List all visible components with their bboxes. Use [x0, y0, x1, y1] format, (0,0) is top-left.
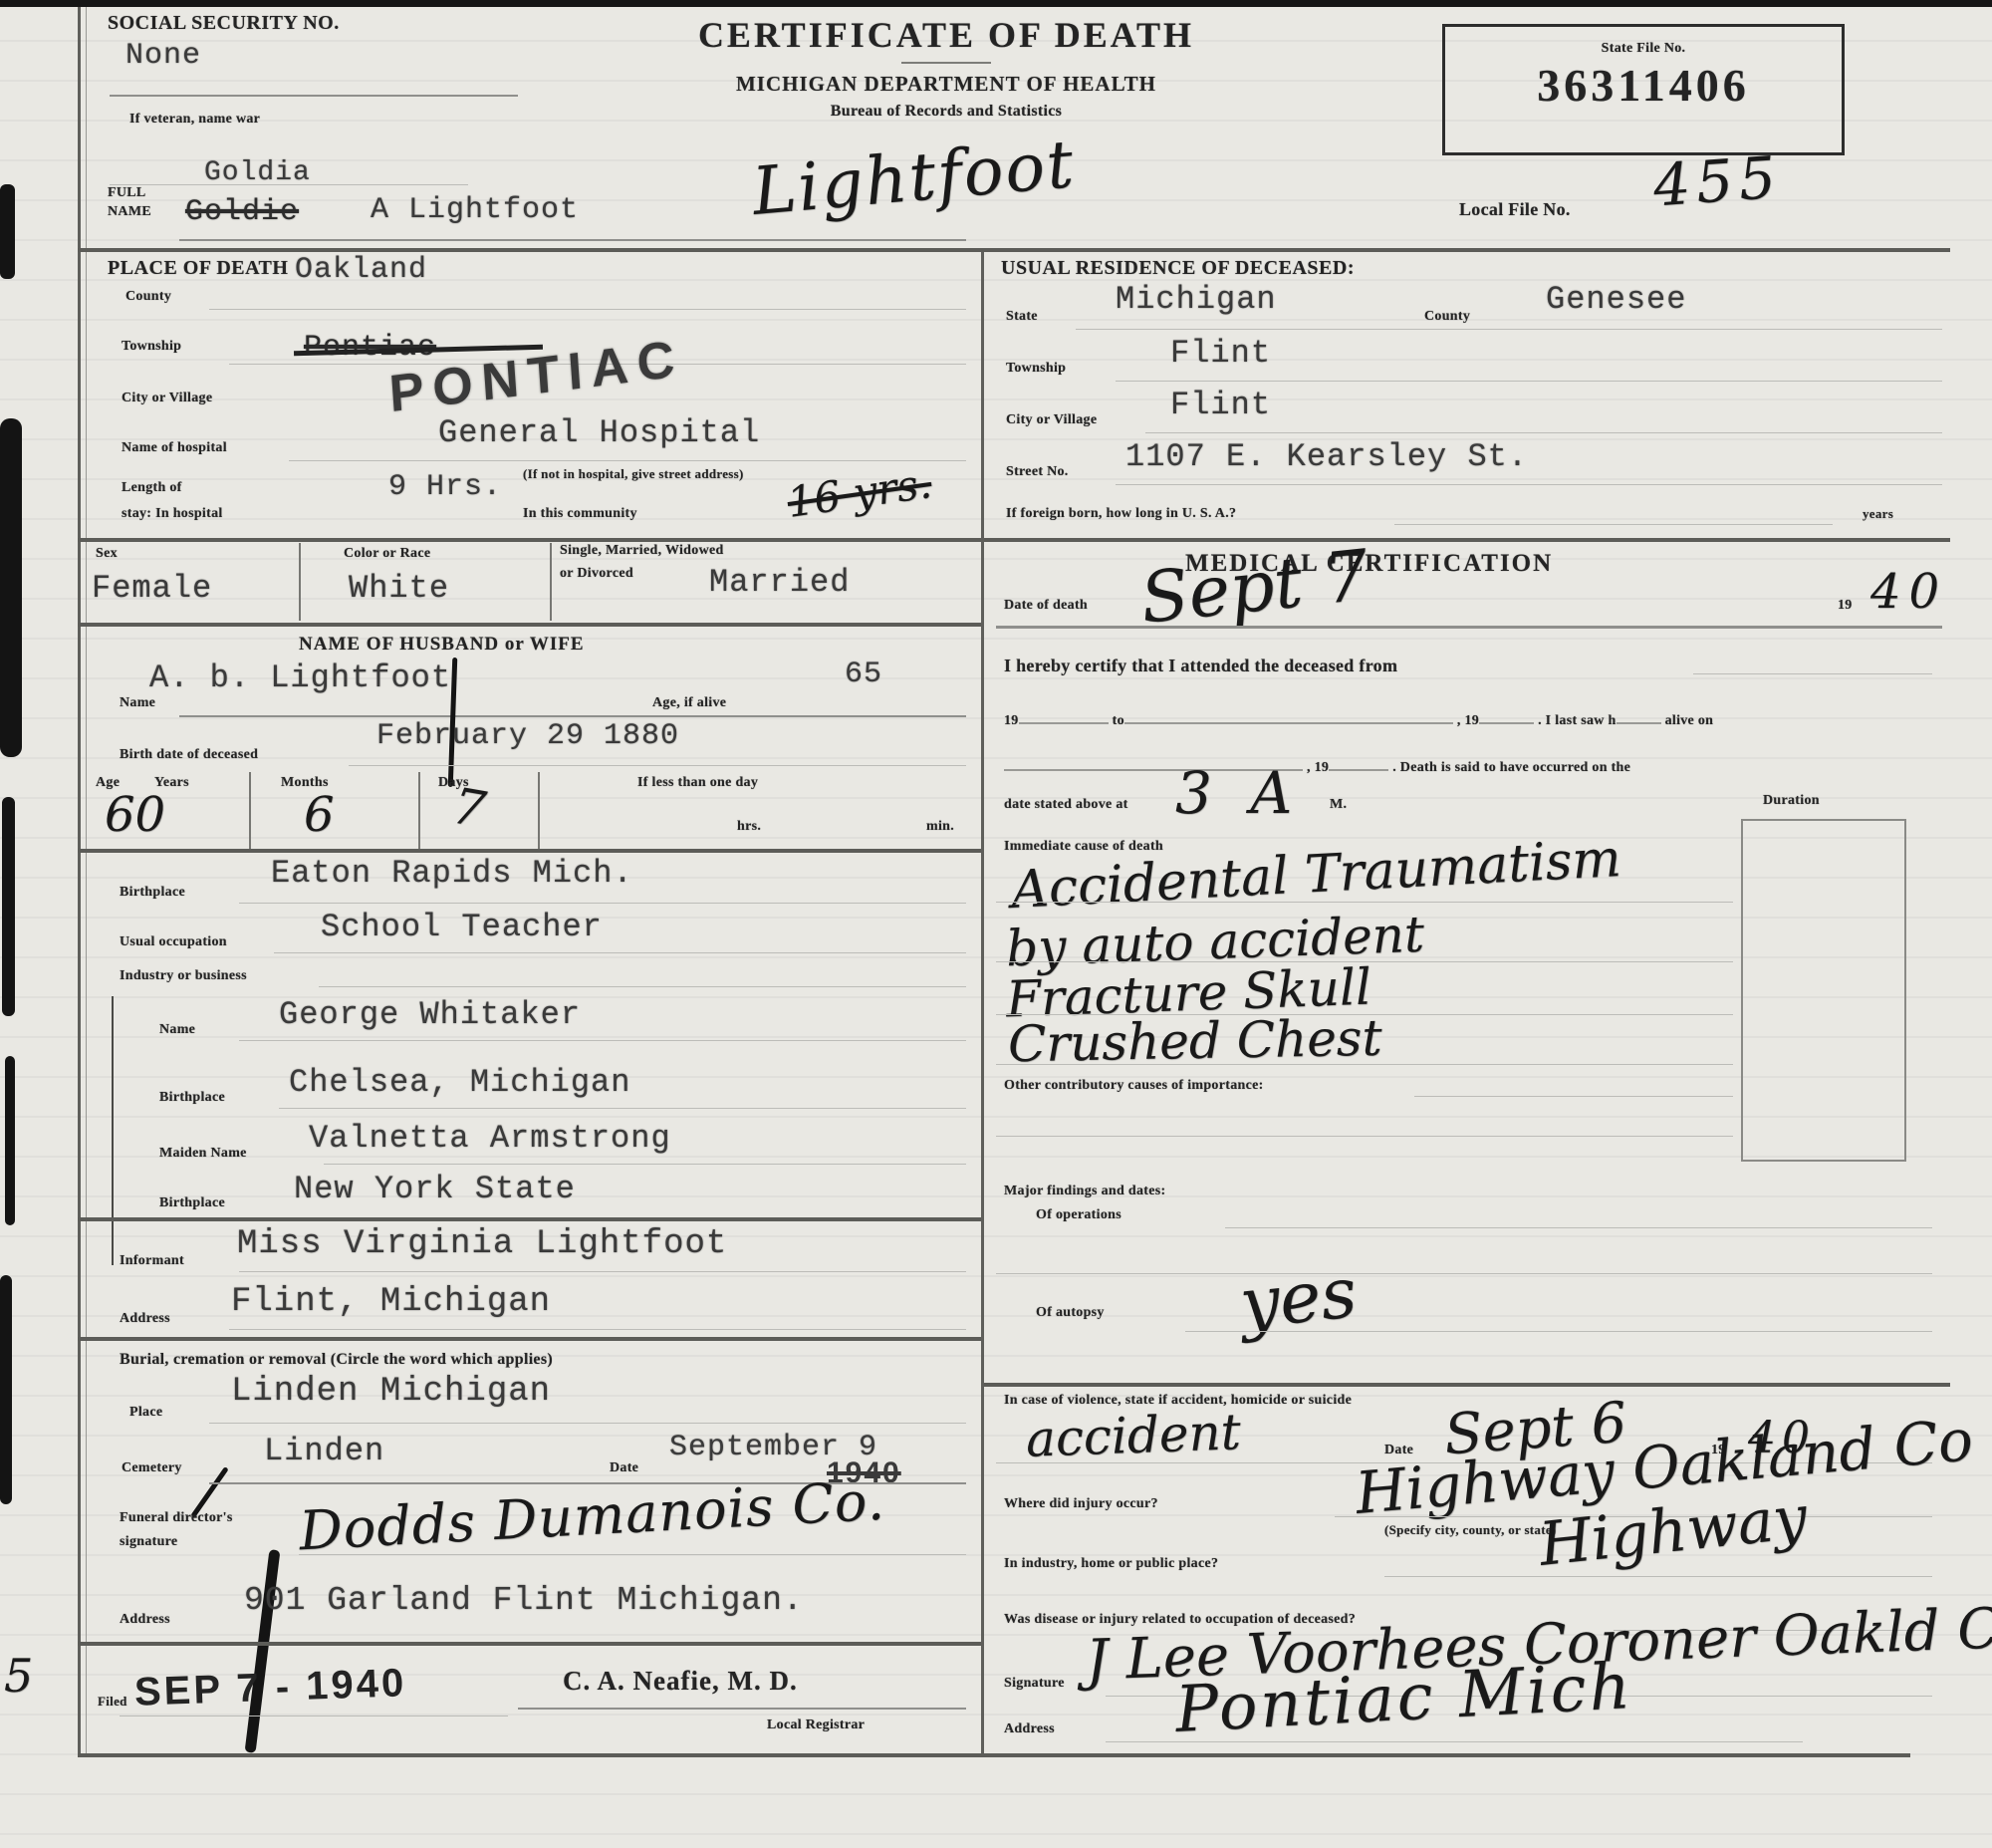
ssn-underline [110, 95, 518, 97]
certify-3-frag: . Death is said to have occurred on the [1392, 760, 1630, 775]
race-value: White [349, 570, 449, 607]
certify-2-blank [1479, 705, 1534, 724]
state-file-label: State File No. [1445, 41, 1842, 57]
injury-where-note: (Specify city, county, or state) [1384, 1522, 1557, 1538]
burial-section-label: Burial, cremation or removal (Circle the… [120, 1351, 553, 1369]
sex-label: Sex [96, 546, 118, 562]
pod-city-label: City or Village [122, 391, 212, 406]
state-file-box: State File No. 36311406 [1442, 24, 1845, 155]
form-left-border [78, 7, 81, 1755]
residence-street-value: 1107 E. Kearsley St. [1125, 438, 1528, 475]
residence-city-label: City or Village [1006, 412, 1097, 428]
mother-maiden-value: Valnetta Armstrong [309, 1120, 671, 1157]
director-line [299, 1554, 966, 1555]
md-address-label: Address [1004, 1721, 1055, 1737]
violence-value: accident [1025, 1403, 1242, 1467]
md-address-rule [1106, 1741, 1803, 1742]
certify-2-frag: 19 [1004, 713, 1019, 728]
filed-label: Filed [98, 1694, 127, 1710]
hrs-label: hrs. [737, 819, 761, 835]
industry-place-rule [1384, 1576, 1932, 1577]
mother-birthplace-label: Birthplace [159, 1195, 225, 1211]
medical-divider [984, 1383, 1950, 1387]
cemetery-label: Cemetery [122, 1460, 182, 1476]
mother-maiden-label: Maiden Name [159, 1146, 247, 1162]
pod-stay-value: 9 Hrs. [388, 470, 502, 504]
operations-rule [1225, 1227, 1932, 1228]
dod-line [996, 626, 1942, 629]
autopsy-label: Of autopsy [1036, 1305, 1105, 1321]
findings-label: Major findings and dates: [1004, 1184, 1165, 1199]
residence-township-label: Township [1006, 361, 1066, 377]
residence-street-label: Street No. [1006, 464, 1069, 480]
foreign-born-units: years [1863, 506, 1893, 522]
scan-left-blob [5, 1056, 15, 1225]
father-name-line [239, 1040, 966, 1041]
bottom-border [78, 1753, 1910, 1757]
foreign-born-label: If foreign born, how long in U. S. A.? [1006, 506, 1236, 522]
form-left-border-inner [86, 7, 87, 1755]
birthdate-value: February 29 1880 [376, 719, 679, 753]
cemetery-value: Linden [264, 1433, 384, 1469]
director-address-value: 901 Garland Flint Michigan. [244, 1582, 804, 1619]
residence-state-line [1076, 329, 1942, 330]
margin-note: 5 [4, 1649, 33, 1703]
local-file-number: 455 [1651, 143, 1784, 220]
stated-m-label: M. [1330, 797, 1347, 813]
veteran-label: If veteran, name war [129, 112, 260, 128]
full-name-label-1: FULL [108, 185, 146, 201]
burial-place-line [209, 1423, 966, 1424]
sex-row-bottom [78, 623, 981, 627]
certificate-title: CERTIFICATE OF DEATH [637, 14, 1255, 56]
residence-township-line [1116, 381, 1942, 382]
dod-year-printed: 19 [1838, 598, 1853, 614]
cell-divider [550, 543, 552, 621]
stated-at-label: date stated above at [1004, 797, 1128, 813]
industry-line [319, 986, 966, 987]
ssn-value: None [125, 39, 536, 73]
director-label-2: signature [120, 1534, 177, 1550]
operations-rule [996, 1273, 1932, 1274]
scan-left-blob [0, 1275, 12, 1504]
certify-2-blank [1617, 705, 1661, 724]
months-value: 6 [304, 787, 335, 843]
certify-blank-1 [1693, 673, 1932, 674]
spouse-age-label: Age, if alive [652, 695, 726, 711]
certify-2-blank [1124, 705, 1453, 724]
cell-divider [299, 543, 301, 621]
stated-time-value: 3 A [1175, 759, 1302, 827]
filed-date-stamp: SEP 7 - 1940 [133, 1661, 407, 1716]
contributory-rule [1414, 1096, 1733, 1097]
name-typed: A Lightfoot [371, 193, 579, 227]
cell-divider [538, 772, 540, 850]
parents-bottom-line [78, 1217, 981, 1221]
ssn-block: SOCIAL SECURITY NO. None [108, 12, 536, 73]
informant-label: Informant [120, 1253, 184, 1269]
certify-2-frag: to [1113, 713, 1124, 728]
residence-street-line [1116, 484, 1942, 485]
name-script: Lightfoot [749, 126, 1078, 230]
header-divider [78, 248, 1950, 252]
industry-place-label: In industry, home or public place? [1004, 1556, 1218, 1572]
certify-3-blank [1329, 752, 1388, 771]
marital-value: Married [709, 564, 850, 601]
ssn-label: SOCIAL SECURITY NO. [108, 12, 536, 35]
pod-hospital-label: Name of hospital [122, 440, 227, 456]
certify-2-frag: , 19 [1457, 713, 1479, 728]
informant-address-label: Address [120, 1311, 170, 1327]
mother-maiden-line [324, 1164, 966, 1165]
bureau-line: Bureau of Records and Statistics [637, 103, 1255, 121]
mother-birthplace-value: New York State [294, 1171, 576, 1207]
father-birthplace-line [279, 1108, 966, 1109]
burial-bottom-line [78, 1642, 981, 1646]
pod-county-label: County [125, 289, 171, 305]
informant-address-value: Flint, Michigan [231, 1283, 551, 1321]
certify-line-3: , 19 . Death is said to have occurred on… [1004, 752, 1940, 776]
parent-bracket [112, 1116, 114, 1265]
scan-left-blob [0, 184, 15, 279]
birthdate-line [349, 765, 966, 766]
burial-place-label: Place [129, 1405, 162, 1421]
certify-2-blank [1019, 705, 1109, 724]
local-file-label: Local File No. [1459, 199, 1571, 220]
less-day-label: If less than one day [637, 775, 758, 791]
spouse-name-label: Name [120, 695, 155, 711]
md-signature-label: Signature [1004, 1676, 1065, 1692]
certify-2-frag: alive on [1665, 713, 1714, 728]
burial-place-value: Linden Michigan [231, 1373, 551, 1411]
place-of-death-label: PLACE OF DEATH [108, 257, 288, 280]
informant-name-value: Miss Virginia Lightfoot [237, 1225, 727, 1263]
certify-3-frag: , 19 [1307, 760, 1329, 775]
occupation-label: Usual occupation [120, 934, 227, 950]
industry-label: Industry or business [120, 968, 247, 984]
residence-city-value: Flint [1170, 387, 1271, 423]
pod-county-line [209, 309, 966, 310]
pod-county-value: Oakland [295, 253, 427, 287]
contributory-rule [996, 1136, 1733, 1137]
father-name-label: Name [159, 1022, 195, 1038]
residence-bottom-line [984, 538, 1950, 542]
sex-value: Female [92, 570, 212, 607]
age-row-bottom [78, 849, 981, 853]
pod-community-value: 16 yrs. [784, 458, 934, 527]
birthplace-value: Eaton Rapids Mich. [271, 855, 633, 892]
operations-label: Of operations [1036, 1207, 1121, 1223]
name-correction: Goldia [204, 157, 311, 188]
cause-rule [996, 902, 1733, 903]
title-block: CERTIFICATE OF DEATH MICHIGAN DEPARTMENT… [637, 14, 1255, 121]
ink-stroke [245, 1549, 281, 1753]
date-of-death-label: Date of death [1004, 598, 1088, 614]
director-address-label: Address [120, 1612, 170, 1628]
marital-label-1: Single, Married, Widowed [560, 543, 724, 559]
occupation-line [274, 952, 966, 953]
cell-divider [249, 772, 251, 850]
cell-divider [418, 772, 420, 850]
registrar-name: C. A. Neafie, M. D. [563, 1666, 798, 1697]
state-file-number: 36311406 [1445, 59, 1842, 112]
pod-stay-note: (If not in hospital, give street address… [523, 466, 744, 482]
burial-date-label: Date [610, 1460, 638, 1476]
residence-township-value: Flint [1170, 335, 1271, 372]
father-birthplace-value: Chelsea, Michigan [289, 1064, 630, 1101]
pod-township-label: Township [122, 339, 181, 355]
spouse-line [179, 715, 966, 717]
spouse-name-value: A. b. Lightfoot [149, 660, 451, 696]
informant-bottom-line [78, 1337, 981, 1341]
pod-hospital-line [289, 460, 966, 461]
certify-2-frag: . I last saw h [1538, 713, 1617, 728]
title-underline [901, 62, 991, 64]
pod-stay-label-1: Length of [122, 480, 182, 496]
autopsy-rule [1185, 1331, 1932, 1332]
scan-left-blob [0, 418, 22, 757]
certify-line-2: 19 to , 19 . I last saw h alive on [1004, 705, 1940, 729]
informant-address-line [229, 1329, 966, 1330]
date-of-death-value: Sept 7 [1136, 534, 1371, 639]
residence-county-value: Genesee [1546, 281, 1686, 318]
director-label-1: Funeral director's [120, 1510, 233, 1526]
duration-box [1741, 819, 1906, 1162]
scan-top-edge [0, 0, 1992, 7]
informant-line [239, 1271, 966, 1272]
injury-where-label: Where did injury occur? [1004, 1496, 1158, 1512]
min-label: min. [926, 819, 954, 835]
spouse-age-value: 65 [845, 658, 882, 691]
birthplace-line [239, 903, 966, 904]
father-name-value: George Whitaker [279, 996, 581, 1033]
cause-of-death-label: Immediate cause of death [1004, 839, 1163, 855]
years-value: 60 [105, 787, 165, 843]
residence-county-label: County [1424, 309, 1470, 325]
birthdate-label: Birth date of deceased [120, 747, 258, 763]
pod-stay-label-2: stay: In hospital [122, 506, 223, 522]
name-struck: Goldie [185, 195, 299, 229]
race-label: Color or Race [344, 546, 430, 562]
spouse-section-label: NAME OF HUSBAND or WIFE [299, 634, 585, 656]
pod-hospital-value: General Hospital [438, 414, 760, 451]
filed-line [120, 1716, 508, 1716]
certify-line-1: I hereby certify that I attended the dec… [1004, 656, 1397, 676]
marital-label-2: or Divorced [560, 566, 633, 582]
residence-city-line [1145, 432, 1942, 433]
birthplace-label: Birthplace [120, 885, 185, 901]
full-name-label-2: NAME [108, 204, 151, 220]
pod-community-label: In this community [523, 506, 637, 522]
column-divider [981, 249, 984, 1755]
registrar-line [518, 1708, 966, 1710]
department-line: MICHIGAN DEPARTMENT OF HEALTH [637, 72, 1255, 97]
residence-section-label: USUAL RESIDENCE OF DECEASED: [1001, 257, 1355, 280]
residence-state-value: Michigan [1116, 281, 1277, 318]
pod-bottom-line [78, 538, 981, 542]
residence-state-label: State [1006, 309, 1038, 325]
dod-year-value: 40 [1870, 564, 1947, 620]
name-underline [179, 239, 966, 241]
foreign-born-line [1394, 524, 1833, 525]
contributory-label: Other contributory causes of importance: [1004, 1078, 1264, 1094]
father-birthplace-label: Birthplace [159, 1090, 225, 1106]
registrar-title: Local Registrar [767, 1717, 865, 1733]
duration-label: Duration [1763, 793, 1820, 809]
occupation-value: School Teacher [321, 909, 603, 945]
cause-rule [996, 1064, 1733, 1065]
scan-left-blob [2, 797, 15, 1016]
death-certificate-scan: 5 SOCIAL SECURITY NO. None If veteran, n… [0, 0, 1992, 1848]
